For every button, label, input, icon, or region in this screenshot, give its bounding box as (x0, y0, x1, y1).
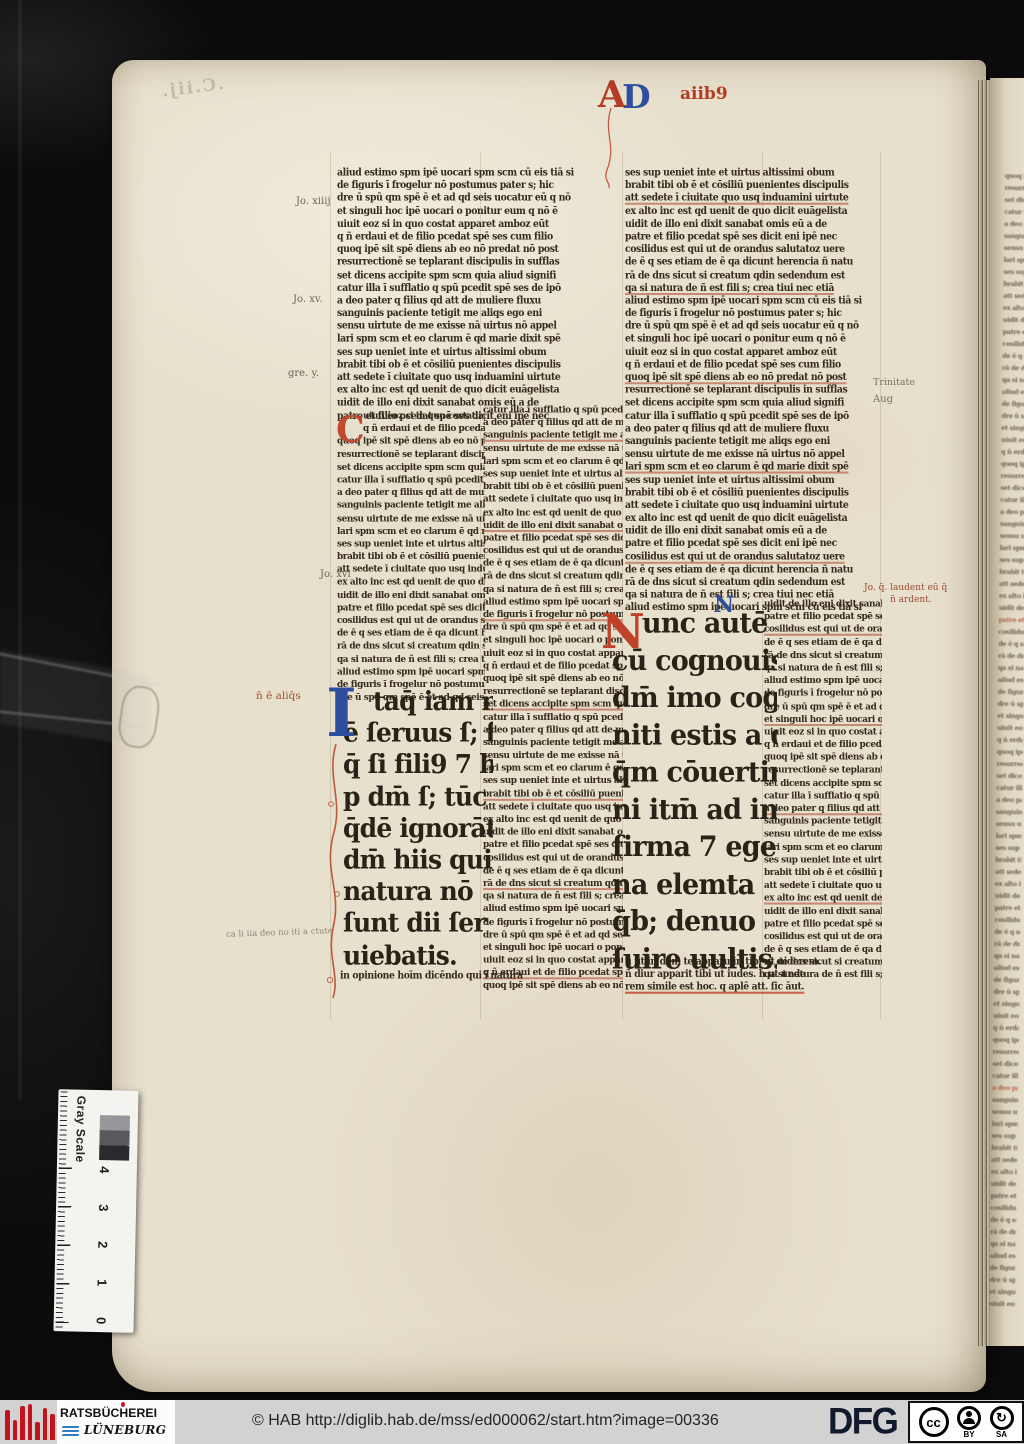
gloss-line: qa si natura de ñ est fili s; crea tiui … (483, 583, 623, 596)
lemma-text-itaque: taq̄ iam nōē ſeruus ſ; fili9q̄ ſi fili9 … (343, 686, 493, 971)
gloss-line: uidit de illo eni dixit sanabat omis eū … (764, 598, 882, 611)
gloss-line: rem simile est hoc. q aplē att. ſic āut. (625, 982, 881, 995)
gloss-line: ex alto inc est qd uenit de quo dicit eu… (625, 513, 881, 526)
gloss-line: quoq ipē sit spē diens ab eo nō predat n… (764, 752, 882, 765)
gloss-line: a deo pater q filius qd att de muliere f… (1004, 218, 1024, 230)
gloss-line: de figuris ī frogelur nō postumus pater … (994, 974, 1020, 986)
library-name: RATSBÜCHEREI (60, 1406, 157, 1420)
gloss-line: cosilidus est qui ut de orandus salutato… (1002, 338, 1024, 350)
gloss-line: uiuit eoz si in quo costat apparet amboz… (1001, 434, 1024, 446)
gloss-line: q ñ erdaui et de filio pcedat spē ses cu… (997, 734, 1023, 746)
ruler-number: 4 (97, 1166, 112, 1174)
gloss-line: ses sup ueniet inte et uirtus altissimi … (337, 538, 485, 551)
gloss-line: lari spm scm et eo clarum ē qd marie dix… (337, 525, 485, 538)
gloss-line: patre et filio pcedat spē ses dicit eni … (337, 602, 485, 615)
gloss-line: uiuit eoz si in quo costat apparet amboz… (997, 722, 1023, 734)
ruler-number: 0 (94, 1317, 109, 1325)
gloss-line: dre ū spū qm spē ē et ad qd seis uocatur… (989, 1274, 1015, 1286)
gloss-line: sanguinis paciente tetigit me aliqs ego … (992, 1094, 1018, 1106)
grayscale-patch (100, 1115, 130, 1131)
gloss-line: set dicens accipite spm scm quia aliud s… (337, 269, 623, 282)
gloss-line: cosilidus est qui ut de orandus salutato… (764, 624, 882, 637)
library-logo-icon (5, 1404, 55, 1440)
gloss-line: uidit de illo eni dixit sanabat omis eū … (1003, 314, 1024, 326)
gloss-line: ses sup ueniet inte et uirtus altissimi … (991, 1130, 1017, 1142)
gloss-line: cosilidus est qui ut de orandus salutato… (625, 244, 881, 257)
sa-label: SA (996, 1430, 1007, 1439)
gloss-line: brabit tibi ob ē et cōsiliū puenientes d… (991, 1142, 1017, 1154)
gloss-line: sensu uirtute de me exisse nā uirtus nō … (625, 449, 881, 462)
foliation-showthrough: .C.iij. (159, 74, 225, 102)
gloss-line: de ē q ses etiam de ē qa dicunt herencia… (764, 636, 882, 649)
gloss-line: sensu uirtute de me exisse nā uirtus nō … (483, 442, 623, 455)
gloss-line: lari spm scm et eo clarum ē qd marie dix… (483, 455, 623, 468)
gloss-line: a deo pater q filius qd att de muliere f… (1000, 506, 1024, 518)
gloss-line: rā de dns sicut si creatum qdin sedendum… (483, 877, 623, 890)
gloss-line: a deo pater q filius qd att de muliere f… (625, 423, 881, 436)
gloss-line: rā de dns sicut si creatum qdin sedendum… (625, 577, 881, 590)
penwork-flourish-initial-i (324, 744, 348, 1000)
gloss-line: patre et filio pcedat spē ses dicit eni … (995, 902, 1021, 914)
gloss-line: qa si natura de ñ est fili s; crea tiui … (625, 282, 881, 295)
grayscale-label: Gray Scale (73, 1096, 88, 1163)
gloss-line: catur illa ī sufflatio q spū pcedit spē … (764, 790, 882, 803)
gloss-line: sanguinis paciente tetigit me aliqs ego … (996, 806, 1022, 818)
gloss-line: aliud estimo spm ipē uocari spm scm cū e… (764, 675, 882, 688)
gloss-line: dre ū spū qm spē ē et ad qd seis uocatur… (764, 700, 882, 713)
backdrop-streak (19, 0, 21, 1100)
gloss-line: att sedete ī ciuitate quo usq induamini … (991, 1154, 1017, 1166)
lemma-line: na elemta (612, 866, 777, 903)
gloss-line: brabit tibi ob ē et cōsiliū puenientes d… (1003, 278, 1024, 290)
gloss-line: uiuit eoz si in quo costat apparet amboz… (625, 346, 881, 359)
gloss-block-left-mid: catur illa ī sufflatio q spū pcedit spē … (483, 404, 623, 993)
gloss-line: patre et filio pcedat spē ses dicit eni … (764, 611, 882, 624)
copyright-url: © HAB http://diglib.hab.de/mss/ed000062/… (252, 1412, 719, 1430)
gloss-line: ex alto inc est qd uenit de quo dicit eu… (764, 892, 882, 905)
margin-note-ne-aliqs: n̄ ē aliq̄s (256, 690, 301, 702)
lemma-line: ſunt dii ſer (343, 908, 493, 940)
gloss-line: sanguinis paciente tetigit me aliqs ego … (483, 430, 623, 443)
gloss-line: set dicens accipite spm scm quia aliud s… (337, 461, 485, 474)
lemma-line: taq̄ iam nō (343, 686, 493, 718)
gloss-line: et singuli hoc ipē uocari o ponitur eum … (625, 333, 881, 346)
gloss-line: ses sup ueniet inte et uirtus altissimi … (337, 346, 623, 359)
gloss-line: uiuit eoz si in quo costat apparet amboz… (483, 954, 623, 967)
gloss-line: de ē q ses etiam de ē qa dicunt herencia… (625, 257, 881, 270)
gloss-line: sanguinis paciente tetigit me aliqs ego … (764, 816, 882, 829)
gloss-line: de ē q ses etiam de ē qa dicunt herencia… (998, 638, 1024, 650)
grayscale-patch (99, 1145, 129, 1161)
gloss-line: ex alto inc est qd uenit de quo dicit eu… (995, 878, 1021, 890)
gloss-line: att sedete ī ciuitate quo usq induamini … (337, 372, 623, 385)
gloss-line: et singuli hoc ipē uocari o ponitur eum … (764, 713, 882, 726)
margin-note-jo15: Jo. xv. (293, 294, 323, 305)
gloss-line: qa si natura de ñ est fili s; crea tiui … (998, 662, 1024, 674)
gloss-line: de figuris ī frogelur nō postumus pater … (998, 686, 1024, 698)
gloss-line: lari spm scm et eo clarum ē qd marie dix… (1000, 542, 1024, 554)
gloss-line: aliud estimo spm ipē uocari spm scm cū e… (337, 666, 485, 679)
library-name-box: RATSBÜCHEREI LÜNEBURG (57, 1400, 175, 1444)
gloss-line: qa si natura de ñ est fili s; crea tiui … (483, 890, 623, 903)
gloss-line: ex alto inc est qd uenit de quo dicit eu… (337, 576, 485, 589)
gloss-line: patre et filio pcedat spē ses dicit eni … (625, 231, 881, 244)
gloss-line: quoq ipē sit spē diens ab eo nō predat n… (993, 1034, 1019, 1046)
gloss-line: q ñ erdaui et de filio pcedat spē ses cu… (1001, 446, 1024, 458)
gloss-block-left-top: aliud estimo spm ipē uocari spm scm cū e… (337, 167, 623, 423)
gloss-line: ses sup ueniet inte et uirtus altissimi … (625, 167, 881, 180)
grayscale-patches (99, 1100, 130, 1161)
gloss-line: resurrectionē se teplarant discipulis in… (1005, 182, 1024, 194)
lemma-line: q̄b; denuo (612, 903, 777, 940)
gloss-line: aliud estimo spm ipē uocari spm scm cū e… (994, 962, 1020, 974)
gloss-line: quoq ipē sit spē diens ab eo nō predat n… (337, 244, 623, 257)
lemma-line: dm̄ hiis qui (343, 844, 493, 876)
gloss-line: resurrectionē se teplarant discipulis in… (764, 764, 882, 777)
running-title-initial-d: D (622, 77, 651, 116)
gloss-line: et singuli hoc ipē uocari o ponitur eum … (993, 998, 1019, 1010)
gloss-line: set dicens accipite spm scm quia aliud s… (1000, 482, 1024, 494)
gloss-line: rā de dns sicut si creatum qdin sedendum… (990, 1226, 1016, 1238)
lemma-line: ē ſeruus ſ; fili9 (343, 718, 493, 750)
gloss-line: brabit tibi ob ē et cōsiliū puenientes d… (337, 551, 485, 564)
gloss-line: sensu uirtute de me exisse nā uirtus nō … (1004, 242, 1024, 254)
gloss-line: aliud estimo spm ipē uocari spm scm cū e… (998, 674, 1024, 686)
creative-commons-badge: cc BY ↻ SA (908, 1401, 1024, 1443)
gloss-line: dre ū spū qm spē ē et ad qd seis uocatur… (1001, 410, 1024, 422)
share-alike-icon: ↻ (990, 1406, 1014, 1430)
gloss-line: a deo pater q filius qd att de muliere f… (996, 794, 1022, 806)
gloss-line: de figuris ī frogelur nō postumus pater … (1002, 398, 1024, 410)
gloss-line: rā de dns sicut si creatum qdin sedendum… (337, 640, 485, 653)
gloss-line: dre ū spū qm spē ē et ad qd seis uocatur… (625, 321, 881, 334)
gloss-line: ses sup ueniet inte et uirtus altissimi … (999, 554, 1024, 566)
gloss-line: cosilidus est qui ut de orandus salutato… (994, 914, 1020, 926)
gloss-line: qa si natura de ñ est fili s; crea tiui … (764, 662, 882, 675)
gloss-line: lari spm scm et eo clarum ē qd marie dix… (625, 461, 881, 474)
gloss-line: resurrectionē se teplarant discipulis in… (625, 385, 881, 398)
gloss-line: qa si natura de ñ est fili s; crea tiui … (990, 1238, 1016, 1250)
gloss-line: a deo pater q filius qd att de muliere f… (764, 803, 882, 816)
grayscale-patch (99, 1130, 129, 1146)
gloss-line: et singuli hoc ipē uocari o ponitur eum … (989, 1286, 1015, 1298)
gloss-line: de ē q ses etiam de ē qa dicunt herencia… (625, 564, 881, 577)
dfg-logo: DFG (828, 1401, 897, 1443)
gloss-line: resurrectionē se teplarant discipulis in… (997, 758, 1023, 770)
gloss-line: att sedete ī ciuitate quo usq induamini … (999, 578, 1024, 590)
gloss-line: rā de dns sicut si creatum qdin sedendum… (994, 938, 1020, 950)
gloss-line: lari spm scm et eo clarum ē qd marie dix… (337, 333, 623, 346)
gloss-line: ses sup ueniet inte et uirtus altissimi … (1003, 266, 1024, 278)
gloss-line: sensu uirtute de me exisse nā uirtus nō … (992, 1106, 1018, 1118)
margin-note-jo-laudent2: n̄ ardent. (890, 595, 932, 605)
gloss-line: sensu uirtute de me exisse nā uirtus nō … (337, 512, 485, 525)
gloss-line: rā de dns sicut si creatum qdin sedendum… (625, 269, 881, 282)
gloss-line: uiuit eoz si in quo costat apparet amboz… (337, 218, 623, 231)
gloss-line: rā de dns sicut si creatum qdin sedendum… (998, 650, 1024, 662)
lemma-text-nunc: unc autēcū cognouistisdm̄ imo cogniti es… (612, 605, 777, 978)
gloss-block-right-narrow: uidit de illo eni dixit sanabat omis eū … (764, 598, 882, 982)
gloss-line: patre et filio pcedat spē ses dicit eni … (483, 839, 623, 852)
gloss-line: et singuli hoc ipē uocari o ponitur eum … (1001, 422, 1024, 434)
gloss-line: ex alto inc est qd uenit de quo dicit eu… (337, 385, 623, 398)
gloss-line: de figuris ī frogelur nō postumus pater … (625, 308, 881, 321)
gloss-line: set dicens accipite spm scm quia aliud s… (764, 777, 882, 790)
gloss-line: ses sup ueniet inte et uirtus altissimi … (625, 474, 881, 487)
lemma-line: q̄m cōuertimi (612, 754, 777, 791)
quire-mark: aiib9 (680, 84, 728, 104)
gloss-line: uidit de illo eni dixit sanabat omis eū … (991, 1178, 1017, 1190)
gloss-line: resurrectionē se teplarant discipulis in… (1001, 470, 1024, 482)
gloss-line: aliud estimo spm ipē uocari spm scm cū e… (625, 295, 881, 308)
gloss-line: aliud estimo spm ipē uocari spm scm cū e… (990, 1250, 1016, 1262)
library-logo-dot (121, 1402, 125, 1407)
gloss-line: cosilidus est qui ut de orandus salutato… (483, 545, 623, 558)
gloss-line: quoq ipē sit spē diens ab eo nō predat n… (483, 673, 623, 686)
gloss-line: de ē q ses etiam de ē qa dicunt herencia… (990, 1214, 1016, 1226)
gloss-line: dre ū spū qm spē ē et ad qd seis uocatur… (483, 929, 623, 942)
gloss-line: catur illa ī sufflatio q spū pcedit spē … (996, 782, 1022, 794)
initial-n-red: N (601, 608, 645, 656)
gloss-line: sensu uirtute de me exisse nā uirtus nō … (483, 750, 623, 763)
gloss-line: att sedete ī ciuitate quo usq induamini … (1003, 290, 1024, 302)
cc-by: BY (957, 1406, 981, 1439)
gloss-line: ex alto inc est qd uenit de quo dicit eu… (1003, 302, 1024, 314)
gloss-line: qa si natura de ñ est fili s; crea tiui … (994, 950, 1020, 962)
gloss-line: lari spm scm et eo clarum ē qd marie dix… (996, 830, 1022, 842)
page-stack-edge (978, 80, 990, 1346)
gloss-line: de ē q ses etiam de ē qa dicunt herencia… (483, 865, 623, 878)
gloss-line: rā de dns sicut si creatum qdin sedendum… (483, 570, 623, 583)
gloss-line: q ñ erdaui et de filio pcedat spē ses cu… (993, 1022, 1019, 1034)
gloss-line: brabit tibi ob ē et cōsiliū puenientes d… (995, 854, 1021, 866)
gloss-line: patre et filio pcedat spē ses dicit eni … (1003, 326, 1024, 338)
gloss-line: lari spm scm et eo clarum ē qd marie dix… (1004, 254, 1024, 266)
lemma-line: q̄ ſi fili9 7 heſ (343, 749, 493, 781)
gloss-line: brabit tibi ob ē et cōsiliū puenientes d… (625, 487, 881, 500)
gloss-line: patre et filio pcedat spē ses dicit eni … (991, 1190, 1017, 1202)
gloss-block-right-top: ses sup ueniet inte et uirtus altissimi … (625, 167, 881, 615)
lemma-line: firma 7 ege (612, 829, 777, 866)
gloss-line: uidit de illo eni dixit sanabat omis eū … (764, 905, 882, 918)
gloss-line: rā de dns sicut si creatum qdin sedendum… (1002, 362, 1024, 374)
gloss-line: brabit tibi ob ē et cōsiliū puenientes d… (483, 481, 623, 494)
gloss-line-left-bottom: in opinione hoīm dicēndo qui ī natura (340, 970, 624, 983)
margin-note-jo14: Jo. xiiij (296, 196, 331, 207)
gloss-line: uidit de illo eni dixit sanabat omis eū … (483, 826, 623, 839)
lemma-line: uiebatis. (343, 940, 493, 972)
grayscale-patch (100, 1100, 130, 1116)
gloss-line: qa si natura de ñ est fili s; crea tiui … (337, 653, 485, 666)
gloss-line: de figuris ī frogelur nō postumus pater … (990, 1262, 1016, 1274)
gloss-line: sanguinis paciente tetigit me aliqs ego … (1004, 230, 1024, 242)
gloss-line: q ñ erdaui et de filio pcedat spē ses cu… (337, 231, 623, 244)
ruler-number: 1 (94, 1279, 109, 1287)
gloss-line: cosilidus est qui ut de orandus salutato… (764, 931, 882, 944)
gloss-line: de figuris ī frogelur nō postumus pater … (337, 180, 623, 193)
initial-n-blue-small: N (714, 594, 734, 616)
gloss-line: ses sup ueniet inte et uirtus altissimi … (483, 775, 623, 788)
gloss-line: a deo pater q filius qd att de muliere f… (337, 487, 485, 500)
gloss-line: dre ū spū qm spē ē et ad qd seis uocatur… (997, 698, 1023, 710)
gloss-line: patre et filio pcedat spē ses dicit eni … (999, 614, 1024, 626)
gloss-block-left-narrow: uiuit eoz si in quo costat apparet amboz… (337, 410, 485, 704)
gloss-line: brabit tibi ob ē et cōsiliū puenientes d… (999, 566, 1024, 578)
manuscript-page: .C.iij. A D aiib9 Jo. xiiij Jo. xv. gre.… (112, 60, 986, 1392)
gloss-line: uiuit eoz si in quo costat apparet amboz… (989, 1298, 1015, 1310)
gloss-line: patre et filio pcedat spē ses dicit eni … (625, 538, 881, 551)
initial-c-red: C (336, 412, 365, 448)
gloss-line: sanguinis paciente tetigit me aliqs ego … (337, 308, 623, 321)
gloss-line: de ē q ses etiam de ē qa dicunt herencia… (1002, 350, 1024, 362)
gloss-line: set dicens accipite spm scm quia aliud s… (992, 1058, 1018, 1070)
gloss-line: att sedete ī ciuitate quo usq induamini … (995, 866, 1021, 878)
gloss-line: catur illa ī sufflatio q spū pcedit spē … (483, 711, 623, 724)
gloss-line: rā de dns sicut si creatum qdin sedendum… (764, 649, 882, 662)
gloss-line: catur illa ī sufflatio q spū pcedit spē … (1004, 206, 1024, 218)
gloss-line: lari spm scm et eo clarum ē qd marie dix… (483, 762, 623, 775)
gloss-line: a deo pater q filius qd att de muliere f… (483, 724, 623, 737)
lemma-line: p dm̄ ſ; tūc (343, 781, 493, 813)
gloss-line: cosilidus est qui ut de orandus salutato… (483, 852, 623, 865)
gloss-line: uidit de illo eni dixit sanabat omis eū … (625, 525, 881, 538)
gloss-line: aliud estimo spm ipē uocari spm scm cū e… (483, 903, 623, 916)
gloss-line: resurrectionē se teplarant discipulis in… (337, 257, 623, 270)
gloss-line: catur illa ī sufflatio q spū pcedit spē … (483, 404, 623, 417)
gloss-line: uidit de illo eni dixit sanabat omis eū … (337, 589, 485, 602)
gloss-line: set dicens accipite spm scm quia aliud s… (483, 698, 623, 711)
gloss-line: dre ū spū qm spē ē et ad qd seis uocatur… (993, 986, 1019, 998)
cc-icon: cc (919, 1407, 949, 1437)
gloss-line: quoq ipē sit spē diens ab eo nō predat n… (1001, 458, 1024, 470)
gloss-line: qa si natura de ñ est fili s; crea tiui … (1002, 374, 1024, 386)
gloss-line: aliud estimo spm ipē uocari spm scm cū e… (1002, 386, 1024, 398)
gloss-line: patre et filio pcedat spē ses dicit eni … (764, 918, 882, 931)
gloss-line: catur illa ī sufflatio q spū pcedit spē … (992, 1070, 1018, 1082)
lemma-line: q̄dē ignorātes (343, 813, 493, 845)
gloss-line: brabit tibi ob ē et cōsiliū puenientes d… (764, 867, 882, 880)
gloss-line: cosilidus est qui ut de orandus salutato… (337, 615, 485, 628)
by-label: BY (963, 1430, 974, 1439)
lemma-line: ni itm̄ ad in (612, 791, 777, 828)
footer-bar: RATSBÜCHEREI LÜNEBURG © HAB http://digli… (0, 1400, 1024, 1444)
gloss-line: resurrectionē se teplarant discipulis in… (993, 1046, 1019, 1058)
gloss-line: de figuris ī frogelur nō postumus pater … (764, 688, 882, 701)
gloss-line: sensu uirtute de me exisse nā uirtus nō … (1000, 530, 1024, 542)
gloss-line: uidit de illo eni dixit sanabat omis eū … (483, 519, 623, 532)
gloss-line: in opinione hoīm dicēndo qui ī natura (340, 970, 624, 983)
gloss-line: a deo pater q filius qd att de muliere f… (992, 1082, 1018, 1094)
gloss-line: ex alto inc est qd uenit de quo dicit eu… (483, 506, 623, 519)
gloss-line: dre ū spū qm spē ē et ad qd seis uocatur… (337, 193, 623, 206)
gloss-line: ses sup ueniet inte et uirtus altissimi … (995, 842, 1021, 854)
gloss-line: lari spm scm et eo clarum ē qd marie dix… (992, 1118, 1018, 1130)
gloss-line: catur illa ī sufflatio q spū pcedit spē … (337, 282, 623, 295)
gloss-line: sensu uirtute de me exisse nā uirtus nō … (337, 321, 623, 334)
gloss-line: quoq ipē sit spē diens ab eo nō predat n… (997, 746, 1023, 758)
gloss-line: brabit tibi ob ē et cōsiliū puenientes d… (337, 359, 623, 372)
lemma-line: natura nō (343, 876, 493, 908)
gloss-line: brabit tibi ob ē et cōsiliū puenientes d… (483, 788, 623, 801)
gloss-line: att sedete ī ciuitate quo usq induamini … (625, 193, 881, 206)
gloss-line: set dicens accipite spm scm quia aliud s… (625, 397, 881, 410)
gloss-line: set dicens accipite spm scm quia aliud s… (996, 770, 1022, 782)
library-city: LÜNEBURG (84, 1423, 166, 1437)
gloss-line: et singuli hoc ipē uocari o ponitur eum … (483, 941, 623, 954)
gloss-line: ex alto inc est qd uenit de quo dicit eu… (991, 1166, 1017, 1178)
gloss-line: ex alto inc est qd uenit de quo dicit eu… (625, 205, 881, 218)
gloss-line: cosilidus est qui ut de orandus salutato… (998, 626, 1024, 638)
gloss-line: a deo pater q filius qd att de muliere f… (337, 295, 623, 308)
gloss-line: sanguinis paciente tetigit me aliqs ego … (483, 737, 623, 750)
gloss-line: sensu uirtute de me exisse nā uirtus nō … (996, 818, 1022, 830)
gloss-line: ex alto inc est qd uenit de quo dicit eu… (999, 590, 1024, 602)
gloss-line: quoq ipē sit spē diens ab eo nō predat n… (1005, 170, 1024, 182)
grayscale-ruler: Gray Scale 43210 (53, 1089, 138, 1333)
gloss-line: att sedete ī ciuitate quo usq induamini … (337, 564, 485, 577)
gloss-line: lari spm scm et eo clarum ē qd marie dix… (764, 841, 882, 854)
person-icon (957, 1406, 981, 1430)
gloss-line: et singuli hoc ipē uocari o ponitur eum … (337, 205, 623, 218)
gloss-line: sanguinis paciente tetigit me aliqs ego … (337, 500, 485, 513)
gloss-line: uiuit eoz si in quo costat apparet amboz… (764, 726, 882, 739)
gloss-line: set dicens accipite spm scm quia aliud s… (1004, 194, 1024, 206)
gloss-line: ses sup ueniet inte et uirtus altissimi … (764, 854, 882, 867)
gloss-line: a deo pater q filius qd att de muliere f… (483, 417, 623, 430)
gloss-line: de ē q ses etiam de ē qa dicunt herencia… (994, 926, 1020, 938)
initial-i-blue: I (326, 680, 357, 746)
gloss-line: de ē q ses etiam de ē qa dicunt herencia… (337, 628, 485, 641)
gloss-line: de ē q ses etiam de ē qa dicunt herencia… (483, 558, 623, 571)
facing-page-sliver: quoq ipē sit spē diens ab eo nō predat n… (990, 78, 1024, 1346)
waves-icon (62, 1426, 79, 1438)
ruler-numbers: 43210 (94, 1166, 112, 1324)
ruler-ticks-long (56, 1167, 72, 1329)
margin-note-greg: gre. y. (288, 368, 319, 379)
gloss-line: catur illa ī sufflatio q spū pcedit spē … (1000, 494, 1024, 506)
gloss-line: catur illa ī sufflatio q spū pcedit spē … (625, 410, 881, 423)
lemma-line: ſuire uultis. (612, 940, 777, 977)
gloss-line: q ñ erdaui et de filio pcedat spē ses cu… (625, 359, 881, 372)
gloss-line: ses sup ueniet inte et uirtus altissimi … (483, 468, 623, 481)
gloss-line: uidit de illo eni dixit sanabat omis eū … (999, 602, 1024, 614)
gloss-line: q ñ erdaui et de filio pcedat spē ses cu… (483, 660, 623, 673)
gloss-line: sanguinis paciente tetigit me aliqs ego … (1000, 518, 1024, 530)
gloss-line: quoq ipē sit spē diens ab eo nō predat n… (625, 372, 881, 385)
gloss-line: uidit de illo eni dixit sanabat omis eū … (625, 218, 881, 231)
gloss-line: cosilidus est qui ut de orandus salutato… (990, 1202, 1016, 1214)
gloss-line: sensu uirtute de me exisse nā uirtus nō … (764, 828, 882, 841)
sliver-text-column: quoq ipē sit spē diens ab eo nō predat n… (989, 170, 1024, 1310)
gloss-line: de ē q ses etiam de ē qa dicunt herencia… (764, 944, 882, 957)
gloss-line: att sedete ī ciuitate quo usq induamini … (483, 801, 623, 814)
ruler-number: 2 (95, 1241, 110, 1249)
lemma-line: niti estis a dō. (612, 717, 777, 754)
gloss-line: brabit tibi ob ē et cōsiliū puenientes d… (625, 180, 881, 193)
ruler-number: 3 (96, 1204, 111, 1212)
gloss-line: ex alto inc est qd uenit de quo dicit eu… (483, 814, 623, 827)
cc-sa: ↻ SA (990, 1406, 1014, 1439)
gloss-line: q ñ erdaui et de filio pcedat spē ses cu… (764, 739, 882, 752)
gloss-line: resurrectionē se teplarant discipulis in… (483, 686, 623, 699)
gloss-line: uiuit eoz si in quo costat apparet amboz… (993, 1010, 1019, 1022)
gloss-line: sanguinis paciente tetigit me aliqs ego … (625, 436, 881, 449)
gloss-line: patre et filio pcedat spē ses dicit eni … (483, 532, 623, 545)
margin-note-cursive: ca li iia deo no iti a ctute (226, 926, 333, 940)
gloss-line: cosilidus est qui ut de orandus salutato… (625, 551, 881, 564)
gloss-line: aliud estimo spm ipē uocari spm scm cū e… (337, 167, 623, 180)
gloss-line: att sedete ī ciuitate quo usq induamini … (625, 500, 881, 513)
